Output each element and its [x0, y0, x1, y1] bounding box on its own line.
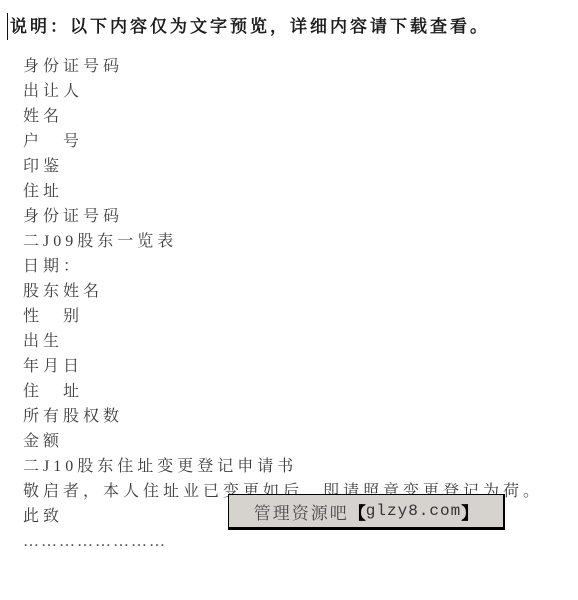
preview-line: 股东姓名: [23, 279, 543, 304]
preview-line: 所有股权数: [23, 404, 543, 429]
ellipsis-dots-line: ……………………: [23, 529, 543, 554]
watermark-close-bracket: 】: [461, 499, 478, 524]
watermark-site-url: glzy8.com: [366, 502, 461, 520]
preview-line: 金额: [23, 429, 543, 454]
preview-line: 住 址: [23, 379, 543, 404]
watermark-badge: 管理资源吧 【 glzy8.com 】: [228, 494, 505, 530]
preview-line: 身份证号码: [23, 204, 543, 229]
preview-line: 印鉴: [23, 154, 543, 179]
preview-line: 户 号: [23, 129, 543, 154]
preview-line: 二J10股东住址变更登记申请书: [23, 454, 543, 479]
preview-line: 住址: [23, 179, 543, 204]
preview-line: 出让人: [23, 79, 543, 104]
document-preview-page: 说明：以下内容仅为文字预览，详细内容请下载查看。 身份证号码 出让人 姓名 户 …: [0, 0, 578, 600]
preview-line: 性 别: [23, 304, 543, 329]
preview-text-lines: 身份证号码 出让人 姓名 户 号 印鉴 住址 身份证号码 二J09股东一览表 日…: [23, 54, 543, 554]
preview-line: 姓名: [23, 104, 543, 129]
watermark-open-bracket: 【: [349, 499, 366, 524]
preview-line: 日期：: [23, 254, 543, 279]
text-cursor: [7, 13, 8, 40]
preview-line: 年月日: [23, 354, 543, 379]
preview-line: 二J09股东一览表: [23, 229, 543, 254]
watermark-site-name: 管理资源吧: [254, 499, 349, 524]
preview-line: 出生: [23, 329, 543, 354]
preview-line: 身份证号码: [23, 54, 543, 79]
preview-notice: 说明：以下内容仅为文字预览，详细内容请下载查看。: [10, 12, 490, 37]
